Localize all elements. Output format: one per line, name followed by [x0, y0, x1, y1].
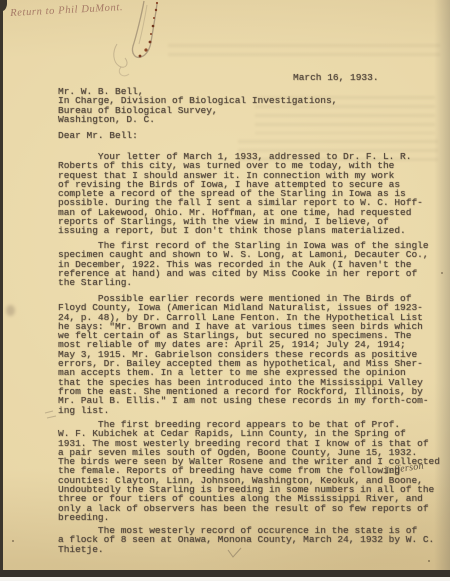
scan-bottom-margin [0, 577, 450, 581]
paragraph-2: The first record of the Starling in Iowa… [58, 241, 429, 287]
pencil-smudge [6, 305, 15, 316]
scan-left-edge [0, 0, 3, 571]
dust-speck [12, 540, 14, 542]
paragraph-1: Your letter of March 1, 1933, addressed … [58, 152, 423, 236]
dust-speck [428, 560, 430, 562]
scan-right-shadow [434, 0, 450, 571]
paragraph-4: The first breeding record appears to be … [58, 420, 440, 522]
paragraph-5: The most westerly record of occurence in… [58, 526, 434, 554]
scan-bottom-edge [0, 570, 450, 577]
letter-date: March 16, 1933. [293, 73, 379, 82]
salutation: Dear Mr. Bell: [58, 131, 138, 140]
recipient-address: Mr. W. B. Bell, In Charge, Division of B… [58, 87, 337, 124]
paragraph-3: Possible earlier records were mentioned … [58, 294, 429, 415]
